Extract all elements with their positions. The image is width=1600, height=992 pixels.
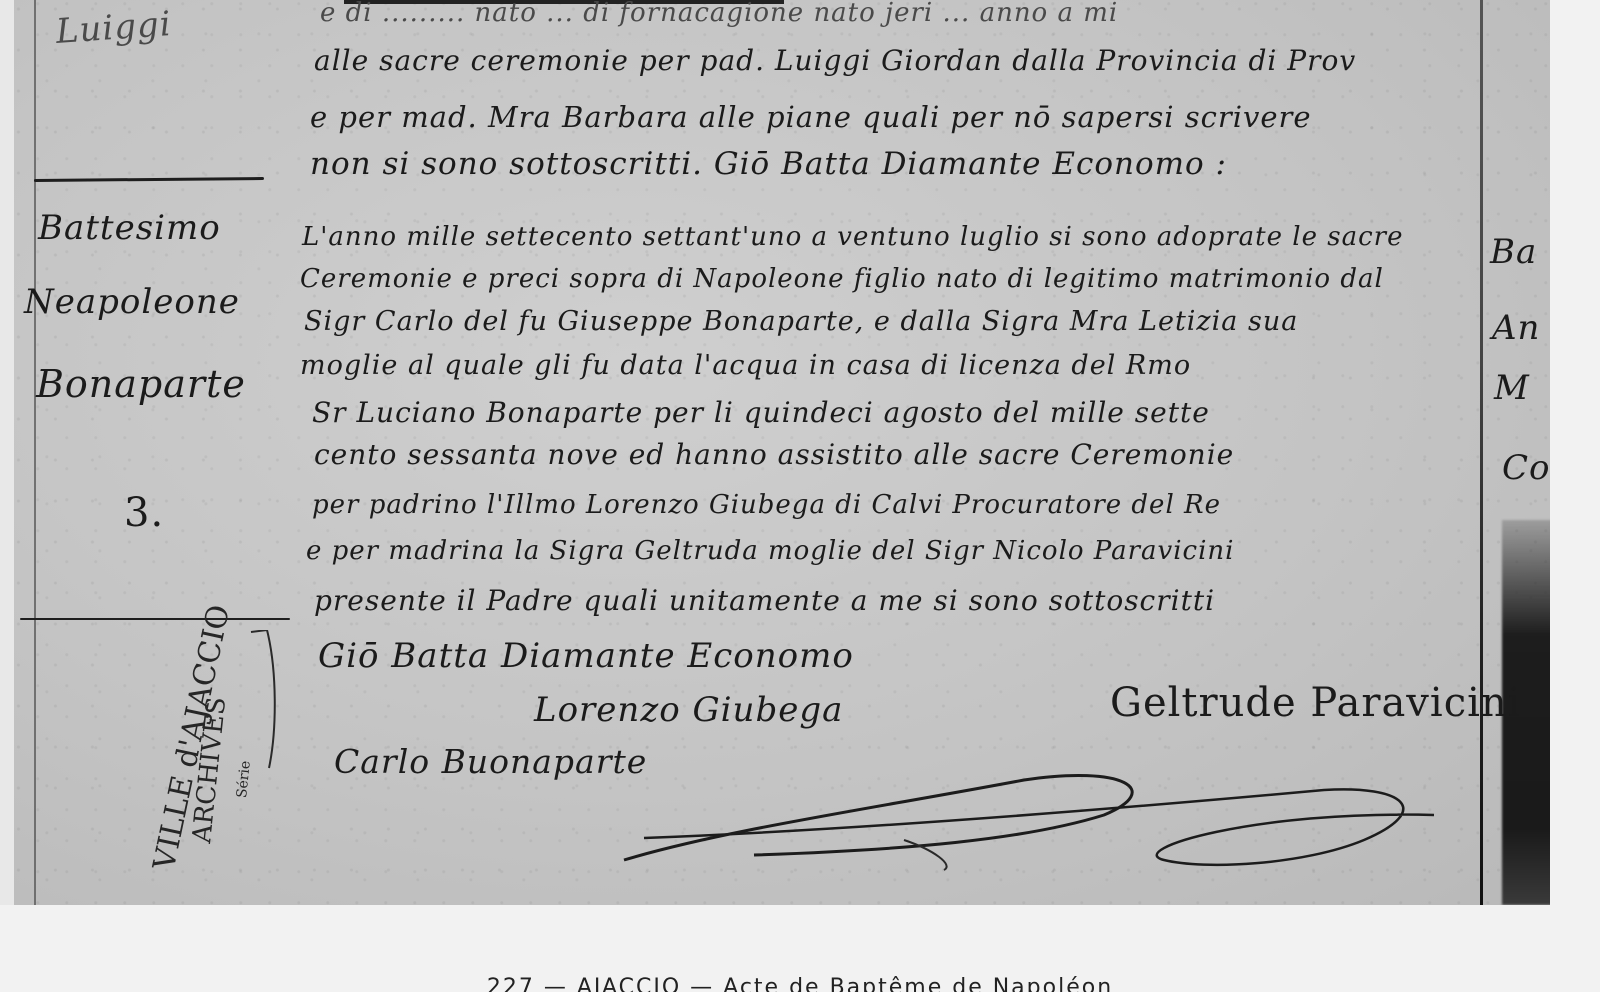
stamp-bracket [249,630,279,770]
signature-lorenzo-giubega: Lorenzo Giubega [534,690,843,730]
left-margin-rule [34,0,36,905]
right-margin-note-1: Ba [1490,232,1537,272]
entry-line-3: Sigr Carlo del fu Giuseppe Bonaparte, e … [304,306,1298,337]
signature-flourish [604,770,1484,880]
scan-border-left [0,0,14,905]
entry-line-6: cento sessanta nove ed hanno assistito a… [314,438,1234,471]
entry-line-1: L'anno mille settecento settant'uno a ve… [302,222,1403,252]
entry-line-10: Giō Batta Diamante Economo [318,636,854,676]
margin-note-bonaparte: Bonaparte [36,362,246,406]
right-margin-note-4: Co [1502,448,1550,488]
signature-carlo-buonaparte: Carlo Buonaparte [334,742,647,781]
margin-note-battesimo: Battesimo [38,208,221,248]
archives-stamp: VILLE d'AJACCIO ARCHIVES Série [134,620,274,860]
margin-note-top: Luiggi [55,4,173,52]
entry-line-7: per padrino l'Illmo Lorenzo Giubega di C… [312,490,1221,520]
right-margin-note-3: M [1494,368,1530,408]
entry-line-2: Ceremonie e preci sopra di Napoleone fig… [300,264,1384,294]
entry-line-8: e per madrina la Sigra Geltruda moglie d… [306,536,1235,566]
prev-entry-line-3: e per mad. Mra Barbara alle piane quali … [310,100,1312,134]
prev-entry-line-4: non si sono sottoscritti. Giō Batta Diam… [310,146,1227,182]
page-caption: 227 — AJACCIO — Acte de Baptême de Napol… [0,966,1600,992]
margin-note-entry-number: 3. [124,490,164,536]
margin-note-neapoleone: Neapoleone [24,282,240,322]
prev-entry-line-2: alle sacre ceremonie per pad. Luiggi Gio… [314,44,1356,77]
entry-line-9: presente il Padre quali unitamente a me … [314,584,1215,617]
right-margin-note-2: An [1492,308,1540,348]
entry-line-4: moglie al quale gli fu data l'acqua in c… [300,350,1191,381]
prev-entry-line-1: e di ......... nato ... di fornacagione … [320,0,1118,28]
scanned-document: Luiggi Battesimo Neapoleone Bonaparte 3.… [14,0,1550,905]
signature-geltrude-paravicini: Geltrude Paravicini [1110,680,1521,726]
margin-divider-top [34,177,264,182]
entry-line-5: Sr Luciano Bonaparte per li quindeci ago… [312,396,1210,429]
